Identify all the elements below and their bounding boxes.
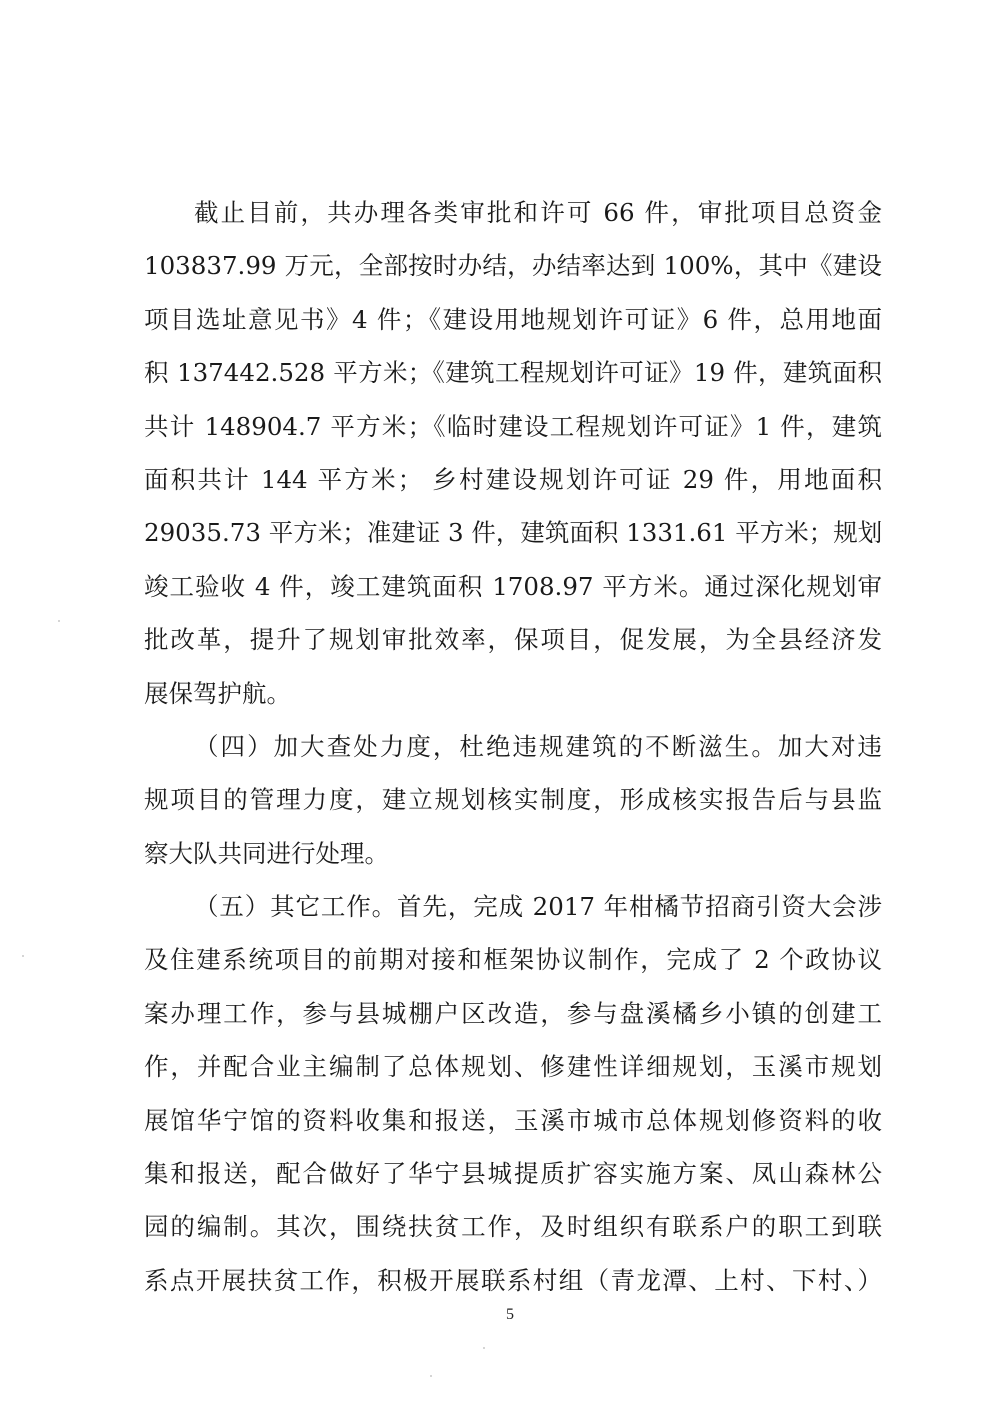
text-line: 截止目前，共办理各类审批和许可 66 件，审批项目总资金 [144,186,882,239]
text-line: 系点开展扶贫工作，积极开展联系村组（青龙潭、上村、下村、） [144,1254,882,1307]
text-line: 展馆华宁馆的资料收集和报送，玉溪市城市总体规划修资料的收 [144,1094,882,1147]
scan-speck [22,955,24,957]
text-line: 竣工验收 4 件，竣工建筑面积 1708.97 平方米。通过深化规划审 [144,560,882,613]
text-line: 察大队共同进行处理。 [144,827,882,880]
section-heading-line: （五）其它工作。首先，完成 2017 年柑橘节招商引资大会涉 [144,880,882,933]
scan-speck [58,620,60,622]
paragraph-section-five: （五）其它工作。首先，完成 2017 年柑橘节招商引资大会涉 及住建系统项目的前… [144,880,882,1307]
paragraph-section-four: （四）加大查处力度，杜绝违规建筑的不断滋生。加大对违 规项目的管理力度，建立规划… [144,720,882,880]
text-line: 103837.99 万元，全部按时办结，办结率达到 100%，其中《建设 [144,239,882,292]
text-line: 29035.73 平方米；准建证 3 件，建筑面积 1331.61 平方米；规划 [144,506,882,559]
text-line: 批改革，提升了规划审批效率，保项目，促发展，为全县经济发 [144,613,882,666]
text-line: 展保驾护航。 [144,667,882,720]
text-line: 及住建系统项目的前期对接和框架协议制作，完成了 2 个政协议 [144,933,882,986]
text-line: 面积共计 144 平方米； 乡村建设规划许可证 29 件，用地面积 [144,453,882,506]
document-page: 截止目前，共办理各类审批和许可 66 件，审批项目总资金 103837.99 万… [0,0,1000,1413]
text-line: 项目选址意见书》4 件；《建设用地规划许可证》6 件，总用地面 [144,293,882,346]
text-line: 案办理工作，参与县城棚户区改造，参与盘溪橘乡小镇的创建工 [144,987,882,1040]
body-text: 截止目前，共办理各类审批和许可 66 件，审批项目总资金 103837.99 万… [144,186,882,1307]
text-line: 共计 148904.7 平方米；《临时建设工程规划许可证》1 件，建筑 [144,400,882,453]
paragraph-approval-summary: 截止目前，共办理各类审批和许可 66 件，审批项目总资金 103837.99 万… [144,186,882,720]
text-line: 集和报送，配合做好了华宁县城提质扩容实施方案、凤山森林公 [144,1147,882,1200]
text-line: 规项目的管理力度，建立规划核实制度，形成核实报告后与县监 [144,773,882,826]
text-line: 积 137442.528 平方米；《建筑工程规划许可证》19 件，建筑面积 [144,346,882,399]
page-number: 5 [500,1306,520,1324]
text-line: 作，并配合业主编制了总体规划、修建性详细规划，玉溪市规划 [144,1040,882,1093]
section-heading-line: （四）加大查处力度，杜绝违规建筑的不断滋生。加大对违 [144,720,882,773]
scan-speck [430,1375,432,1377]
scan-speck [483,1347,485,1349]
text-line: 园的编制。其次，围绕扶贫工作，及时组织有联系户的职工到联 [144,1200,882,1253]
